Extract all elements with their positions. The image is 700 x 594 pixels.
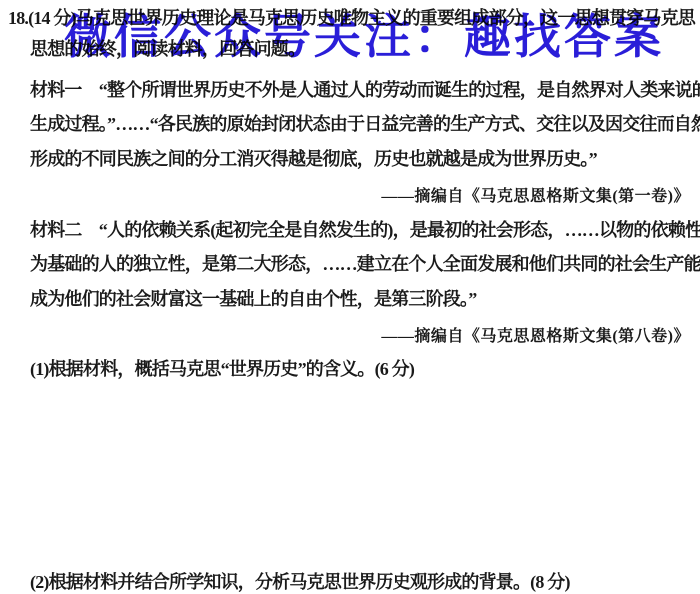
material-two-line-1: 材料二 “人的依赖关系(起初完全是自然发生的)，是最初的社会形态，……以物的依赖… (30, 219, 700, 241)
watermark-text: 微信公众号关注：趣找答案 (64, 12, 664, 62)
material-one-source: ——摘编自《马克思恩格斯文集(第一卷)》 (381, 186, 690, 208)
material-one-line-3: 形成的不同民族之间的分工消灭得越是彻底，历史也就越是成为世界历史。” (30, 148, 597, 170)
material-two-source: ——摘编自《马克思恩格斯文集(第八卷)》 (381, 326, 690, 348)
sub-question-1: (1)根据材料，概括马克思“世界历史”的含义。(6 分) (30, 358, 414, 380)
material-one-line-1: 材料一 “整个所谓世界历史不外是人通过人的劳动而诞生的过程，是自然界对人类来说的 (30, 79, 700, 101)
sub-question-2: (2)根据材料并结合所学知识，分析马克思世界历史观形成的背景。(8 分) (30, 571, 570, 593)
material-one-line-2: 生成过程。”……“各民族的原始封闭状态由于日益完善的生产方式、交往以及因交往而自… (30, 113, 700, 135)
exam-page: 微信公众号关注：趣找答案 18.(14 分)马克思世界历史理论是马克思历史唯物主… (0, 0, 700, 594)
material-two-line-2: 为基础的人的独立性，是第二大形态，……建立在个人全面发展和他们共同的社会生产能力 (30, 253, 700, 275)
material-two-line-3: 成为他们的社会财富这一基础上的自由个性，是第三阶段。” (30, 288, 476, 310)
